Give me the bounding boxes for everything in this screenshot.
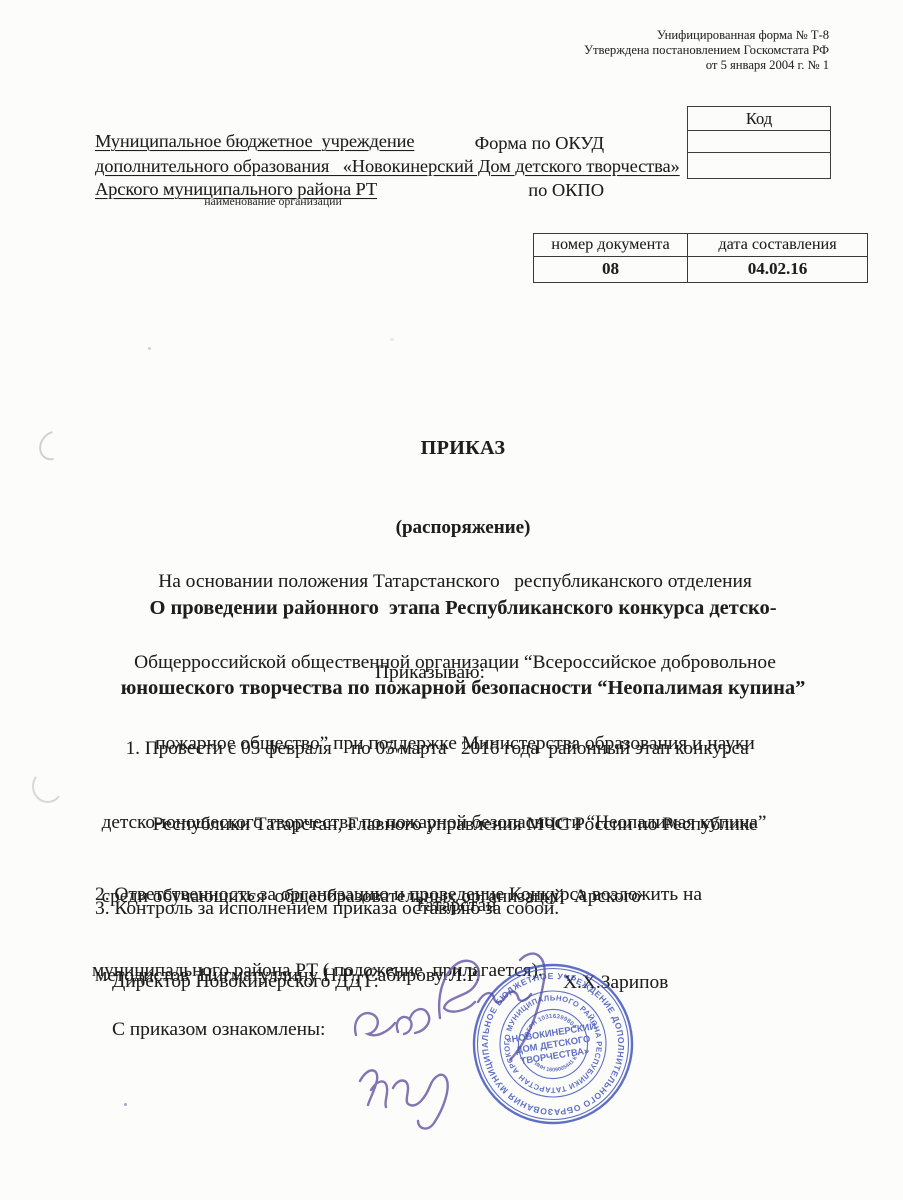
director-signature-label: Директор Новокинерского ДДТ: <box>112 971 379 993</box>
preamble-line: На основании положения Татарстанского ре… <box>85 568 825 595</box>
scanned-order-document: Унифицированная форма № Т-8 Утверждена п… <box>0 0 903 1200</box>
scan-speck <box>124 1103 127 1106</box>
order-verb: Приказываю: <box>0 662 860 684</box>
code-box: Код <box>687 106 831 179</box>
code-box-empty-cell-okud <box>688 131 830 153</box>
organization-name-line-1: Муниципальное бюджетное учреждение <box>95 131 414 152</box>
scan-speck <box>390 338 394 341</box>
order-item-1-line: 1. Провести с 05 февраля по 05 марта 201… <box>92 737 766 762</box>
organization-round-stamp: МУНИЦИПАЛЬНОЕ БЮДЖЕТНОЕ УЧРЕЖДЕНИЕ ДОПОЛ… <box>453 944 653 1144</box>
code-box-empty-cell-okpo <box>688 153 830 178</box>
acknowledged-label: С приказом ознакомлены: <box>112 1019 325 1041</box>
okud-label: Форма по ОКУД <box>475 133 604 154</box>
form-note-line: Унифицированная форма № Т-8 <box>584 28 829 43</box>
doc-number-value: 08 <box>534 256 687 282</box>
doc-date-column-header: дата составления <box>687 234 867 256</box>
form-note-line: Утверждена постановлением Госкомстата РФ <box>584 43 829 58</box>
order-title-word: ПРИКАЗ <box>23 435 903 462</box>
okpo-label: по ОКПО <box>528 180 604 201</box>
organization-name-caption: наименование организации <box>173 194 373 209</box>
ack-signature-1 <box>397 1009 429 1034</box>
doc-number-column-header: номер документа <box>534 234 687 256</box>
ack-signature-1 <box>355 1013 395 1035</box>
order-item-3: 3. Контроль за исполнением приказа остав… <box>95 898 559 920</box>
ack-signature-2 <box>393 1075 448 1129</box>
ack-signature-2 <box>360 1070 387 1107</box>
form-note-line: от 5 января 2004 г. № 1 <box>584 58 829 73</box>
code-box-header: Код <box>688 107 830 131</box>
hole-punch-mark <box>30 768 65 805</box>
organization-name-line-2: дополнительного образования «Новокинерск… <box>95 156 680 177</box>
scan-speck <box>148 347 151 350</box>
doc-date-value: 04.02.16 <box>687 256 867 282</box>
document-number-date-table: номер документа дата составления 08 04.0… <box>533 233 868 283</box>
form-note: Унифицированная форма № Т-8 Утверждена п… <box>584 28 829 73</box>
